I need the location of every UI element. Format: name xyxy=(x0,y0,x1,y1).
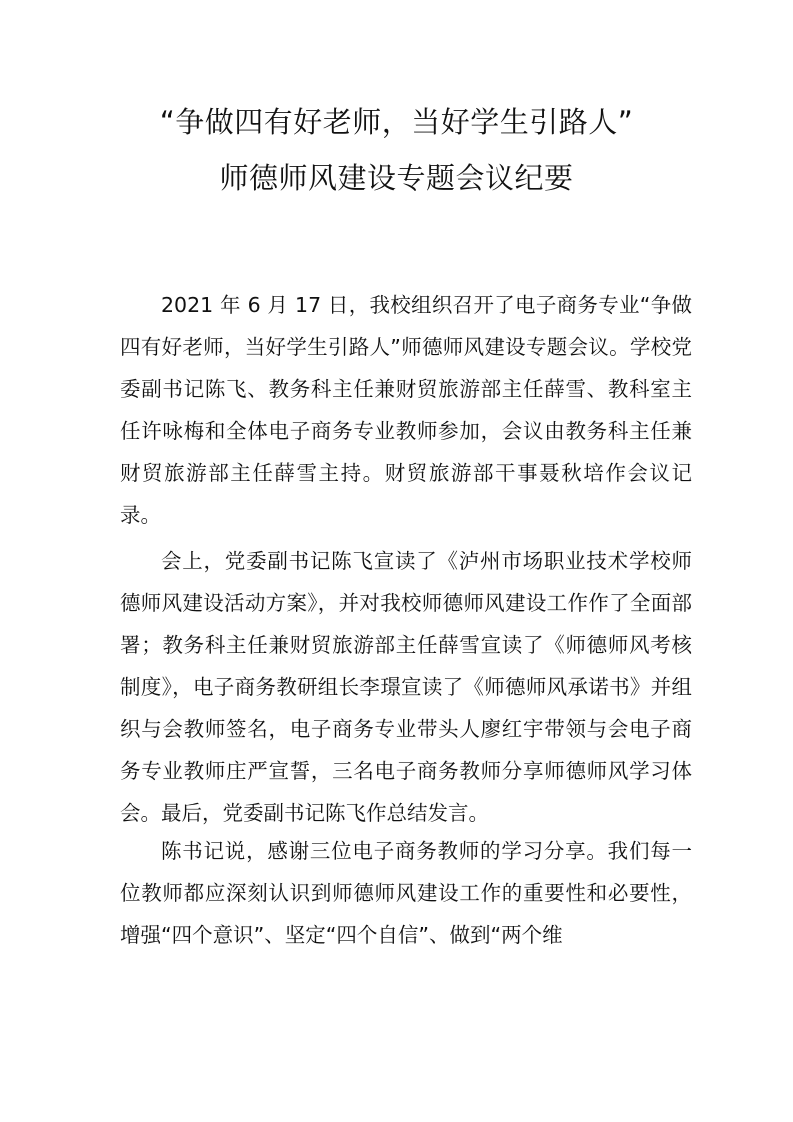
document-title-line-1: “争做四有好老师，当好学生引路人” xyxy=(0,104,793,140)
paragraph-meeting-overview: 2021 年 6 月 17 日，我校组织召开了电子商务专业“争做四有好老师，当好… xyxy=(120,284,692,536)
document-page: “争做四有好老师，当好学生引路人” 师德师风建设专题会议纪要 2021 年 6 … xyxy=(0,0,793,1122)
paragraph-secretary-remarks: 陈书记说，感谢三位电子商务教师的学习分享。我们每一位教师都应深刻认识到师德师风建… xyxy=(120,830,692,956)
paragraph-meeting-proceedings: 会上，党委副书记陈飞宣读了《泸州市场职业技术学校师德师风建设活动方案》，并对我校… xyxy=(120,540,692,834)
document-title-line-2: 师德师风建设专题会议纪要 xyxy=(0,160,793,196)
